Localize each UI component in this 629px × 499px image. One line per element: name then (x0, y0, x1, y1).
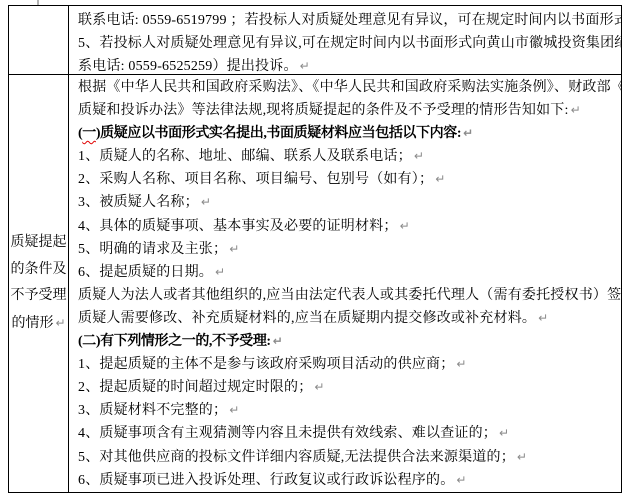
paragraph-mark-icon: ↵ (400, 219, 410, 233)
line-text: 6、提起质疑的日期。 (78, 265, 213, 280)
list-item: 1、质疑人的名称、地址、邮编、联系人及联系电话；↵ (78, 145, 617, 168)
list-item: 6、提起质疑的日期。↵ (78, 261, 617, 284)
line-text: 质疑人为法人或者其他组织的,应当由法定代表人或其委托代理人（需有委托授权书）签字… (78, 288, 621, 303)
line-text: 4、质疑事项含有主观猜测等内容且未提供有效线索、难以查证的； (78, 426, 497, 441)
row2-content-cell: 根据《中华人民共和国政府采购法》、《中华人民共和国政府采购法实施条例》、财政部《… (69, 75, 621, 492)
paragraph-mark-icon: ↵ (201, 195, 211, 209)
paragraph-mark-icon: ↵ (229, 403, 239, 417)
list-item: 3、被质疑人名称；↵ (78, 191, 617, 214)
paragraph-line: 质疑人为法人或者其他组织的,应当由法定代表人或其委托代理人（需有委托授权书）签字… (78, 284, 617, 307)
row-label-line: 不予受理 (11, 283, 67, 310)
spellcheck-squiggle-text: 一 (82, 126, 96, 141)
line-text: 4、具体的质疑事项、基本事实及必要的证明材料； (78, 219, 398, 234)
paragraph-mark-icon: ↵ (463, 126, 473, 140)
paragraph-line: 质疑和投诉办法》等法律法规,现将质疑提起的条件及不予受理的情形告知如下:↵ (78, 99, 617, 122)
paragraph-mark-icon: ↵ (314, 380, 324, 394)
list-item: 5、对其他供应商的投标文件详细内容质疑,无法提供合法来源渠道的；↵ (78, 446, 617, 469)
row1-content-cell: 联系电话: 0559-6519799 ；若投标人对质疑处理意见有异议，可在规定时… (69, 6, 621, 75)
paragraph-line: 根据《中华人民共和国政府采购法》、《中华人民共和国政府采购法实施条例》、财政部《… (78, 76, 617, 99)
list-item: 2、采购人名称、项目名称、项目编号、包别号（如有）；↵ (78, 168, 617, 191)
paragraph-mark-icon: ↵ (55, 316, 65, 330)
list-item: 6、质疑事项已进入投诉处理、行政复议或行政诉讼程序的。↵ (78, 469, 617, 492)
paragraph-line: 5、若投标人对质疑处理意见有异议,可在规定时间内以书面形式向黄山市徽城投资集团纪… (78, 32, 617, 55)
list-item: 4、具体的质疑事项、基本事实及必要的证明材料；↵ (78, 215, 617, 238)
paragraph-mark-icon: ↵ (456, 473, 466, 487)
list-item: 4、质疑事项含有主观猜测等内容且未提供有效线索、难以查证的；↵ (78, 422, 617, 445)
complaint-info-table: 联系电话: 0559-6519799 ；若投标人对质疑处理意见有异议，可在规定时… (8, 5, 622, 493)
row2-label-cell: 质疑提起 的条件及 不予受理 的情形↵ (9, 75, 69, 492)
paragraph-line: 联系电话: 0559-6519799 ；若投标人对质疑处理意见有异议，可在规定时… (78, 9, 617, 32)
paragraph-mark-icon: ↵ (456, 357, 466, 371)
paragraph-mark-icon: ↵ (517, 450, 527, 464)
paragraph-mark-icon: ↵ (273, 334, 283, 348)
paragraph-mark-icon: ↵ (538, 311, 548, 325)
section1-heading: (一)质疑应以书面形式实名提出,书面质疑材料应当包括以下内容:↵ (78, 122, 617, 145)
paragraph-line: 系电话: 0559-6525259）提出投诉。↵ (78, 55, 617, 75)
paragraph-mark-icon: ↵ (435, 172, 445, 186)
line-text: 5、明确的请求及主张； (78, 242, 227, 257)
line-text: 根据《中华人民共和国政府采购法》、《中华人民共和国政府采购法实施条例》、财政部《… (78, 80, 621, 95)
row-label-line: 的条件及 (11, 257, 67, 284)
line-text: 2、提起质疑的时间超过规定时限的； (78, 380, 312, 395)
line-text: (二)有下列情形之一的,不予受理: (78, 334, 271, 349)
line-text: 6、质疑事项已进入投诉处理、行政复议或行政诉讼程序的。 (78, 473, 454, 488)
list-item: 2、提起质疑的时间超过规定时限的；↵ (78, 376, 617, 399)
section2-heading: (二)有下列情形之一的,不予受理:↵ (78, 330, 617, 353)
paragraph-mark-icon: ↵ (414, 149, 424, 163)
line-text: 2、采购人名称、项目名称、项目编号、包别号（如有）； (78, 172, 433, 187)
paragraph-mark-icon: ↵ (499, 426, 509, 440)
paragraph-mark-icon: ↵ (215, 265, 225, 279)
paragraph-line: 质疑人需要修改、补充质疑材料的,应当在质疑期内提交修改或补充材料。↵ (78, 307, 617, 330)
paragraph-mark-icon: ↵ (229, 242, 239, 256)
line-text: 系电话: 0559-6525259）提出投诉。 (78, 59, 298, 74)
document-page: 联系电话: 0559-6519799 ；若投标人对质疑处理意见有异议，可在规定时… (0, 0, 629, 499)
line-text: 质疑和投诉办法》等法律法规,现将质疑提起的条件及不予受理的情形告知如下: (78, 103, 569, 118)
line-text: 5、对其他供应商的投标文件详细内容质疑,无法提供合法来源渠道的； (78, 450, 515, 465)
line-text: 3、质疑材料不完整的； (78, 403, 227, 418)
line-text: 质疑人需要修改、补充质疑材料的,应当在质疑期内提交修改或补充材料。 (78, 311, 536, 326)
line-text: 1、提起质疑的主体不是参与该政府采购项目活动的供应商； (78, 357, 454, 372)
list-item: 1、提起质疑的主体不是参与该政府采购项目活动的供应商；↵ (78, 353, 617, 376)
row1-label-cell-empty (9, 6, 69, 75)
list-item: 3、质疑材料不完整的；↵ (78, 399, 617, 422)
line-text: 的情形 (11, 316, 53, 331)
line-text: )质疑应以书面形式实名提出,书面质疑材料应当包括以下内容: (96, 126, 461, 141)
line-text: 1、质疑人的名称、地址、邮编、联系人及联系电话； (78, 149, 412, 164)
paragraph-mark-icon: ↵ (571, 103, 581, 117)
list-item: 5、明确的请求及主张；↵ (78, 238, 617, 261)
paragraph-mark-icon: ↵ (300, 59, 310, 73)
line-text: 联系电话: 0559-6519799 ；若投标人对质疑处理意见有异议，可在规定时… (78, 13, 621, 28)
line-text: 5、若投标人对质疑处理意见有异议,可在规定时间内以书面形式向黄山市徽城投资集团纪… (78, 36, 621, 51)
row-label-line: 的情形↵ (11, 310, 65, 338)
line-text: 3、被质疑人名称； (78, 195, 199, 210)
row-label-line: 质疑提起 (11, 230, 67, 257)
